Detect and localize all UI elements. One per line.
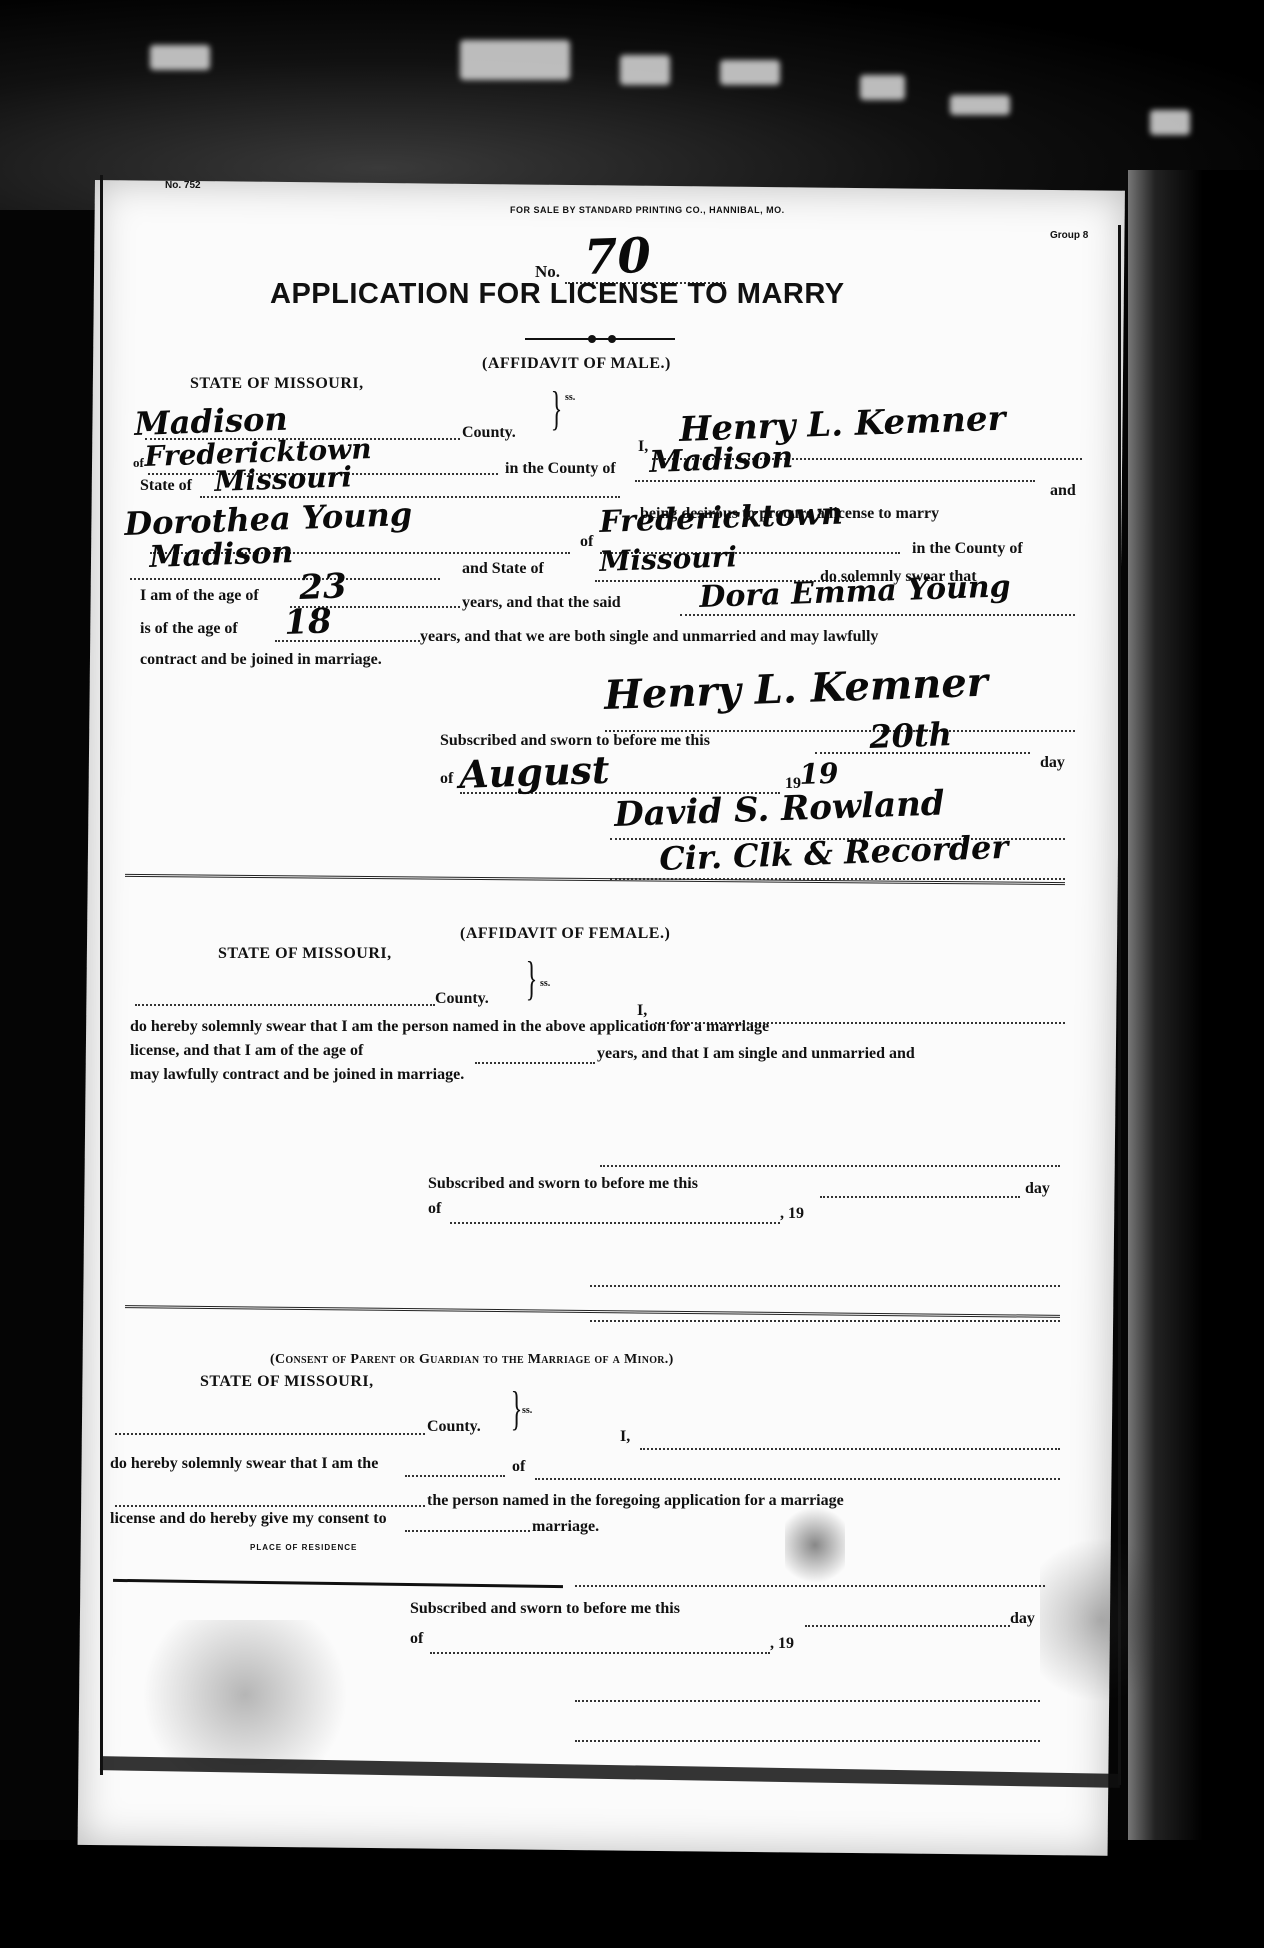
single-unmarried-text: years, and that we are both single and u…: [420, 628, 878, 646]
form-number: No. 752: [165, 180, 201, 191]
contract-text: contract and be joined in marriage.: [140, 651, 382, 669]
bride-age-value: 18: [284, 601, 333, 643]
consent-line-3b: marriage.: [532, 1518, 599, 1536]
female-line-1: do hereby solemnly swear that I am the p…: [130, 1018, 769, 1036]
consent-county-label: County.: [427, 1418, 481, 1436]
day-label: day: [1040, 754, 1065, 772]
consent-day-label: day: [1010, 1610, 1035, 1628]
female-of-label: of: [428, 1200, 441, 1218]
female-line-3: may lawfully contract and be joined in m…: [130, 1066, 464, 1084]
consent-state-label: STATE OF MISSOURI,: [200, 1373, 374, 1391]
stain: [120, 1620, 370, 1770]
state-of-label: State of: [140, 477, 192, 495]
female-year-label: , 19: [780, 1205, 804, 1223]
sworn-day-value: 20th: [869, 715, 953, 756]
ss-label-female: ss.: [540, 978, 550, 989]
groom-age-label: I am of the age of: [140, 587, 259, 605]
female-county-label: County.: [435, 990, 489, 1008]
consent-i-label: I,: [620, 1428, 630, 1446]
bride-county-value: Madison: [149, 535, 294, 575]
bride-age-label: is of the age of: [140, 620, 238, 638]
ss-label-consent: ss.: [522, 1405, 532, 1416]
corner-mark: Group 8: [1050, 230, 1088, 241]
consent-heading: (Consent of Parent or Guardian to the Ma…: [270, 1352, 674, 1368]
bride-in-county-label: in the County of: [912, 540, 1023, 558]
ink-blot: [785, 1500, 845, 1590]
male-i-label: I,: [638, 438, 648, 456]
consent-line-1a: do hereby solemnly swear that I am the: [110, 1455, 378, 1473]
years-said-text: years, and that the said: [462, 594, 621, 612]
male-affidavit-heading: (AFFIDAVIT OF MALE.): [482, 355, 671, 373]
and-label: and: [1050, 482, 1076, 500]
title-ornament-divider: [525, 338, 675, 340]
ss-brace-female: }: [526, 955, 538, 1003]
printer-line: FOR SALE BY STANDARD PRINTING CO., HANNI…: [510, 205, 785, 215]
female-subscribed-text: Subscribed and sworn to before me this: [428, 1175, 698, 1193]
consent-line-1b: of: [512, 1458, 525, 1476]
female-line-2b: years, and that I am single and unmarrie…: [597, 1045, 915, 1063]
ss-brace-consent: }: [511, 1385, 523, 1433]
female-line-2a: license, and that I am of the age of: [130, 1042, 363, 1060]
consent-year-label: , 19: [770, 1635, 794, 1653]
ss-label: ss.: [565, 392, 575, 403]
consent-of-label: of: [410, 1630, 423, 1648]
consent-subscribed-text: Subscribed and sworn to before me this: [410, 1600, 680, 1618]
male-county-label: County.: [462, 424, 516, 442]
consent-line-3a: license and do hereby give my consent to: [110, 1510, 387, 1528]
sworn-month-value: August: [458, 747, 610, 797]
in-county-label: in the County of: [505, 460, 616, 478]
consent-line-2: the person named in the foregoing applic…: [427, 1492, 844, 1510]
bride-state-value: Missouri: [599, 540, 738, 578]
scan-dark-top-edge: [0, 0, 1264, 210]
groom-county-value: Madison: [649, 440, 794, 480]
ss-brace: }: [551, 385, 563, 433]
sworn-year-value: 19: [799, 757, 839, 791]
female-state-label: STATE OF MISSOURI,: [218, 945, 392, 963]
stain-right: [1040, 1520, 1160, 1720]
place-of-residence-label: PLACE OF RESIDENCE: [250, 1543, 357, 1552]
female-affidavit-heading: (AFFIDAVIT OF FEMALE.): [460, 925, 670, 943]
of-label: of: [133, 455, 144, 471]
form-border-left: [100, 175, 103, 1775]
male-state-label: STATE OF MISSOURI,: [190, 375, 364, 393]
scan-dark-bottom-edge: [0, 1840, 1264, 1948]
bride-of-label: of: [580, 533, 593, 551]
page-title: APPLICATION FOR LICENSE TO MARRY: [270, 278, 845, 311]
female-day-label: day: [1025, 1180, 1050, 1198]
of-month-label: of: [440, 770, 453, 788]
bride-and-state-label: and State of: [462, 560, 544, 578]
groom-state-value: Missouri: [214, 460, 353, 498]
